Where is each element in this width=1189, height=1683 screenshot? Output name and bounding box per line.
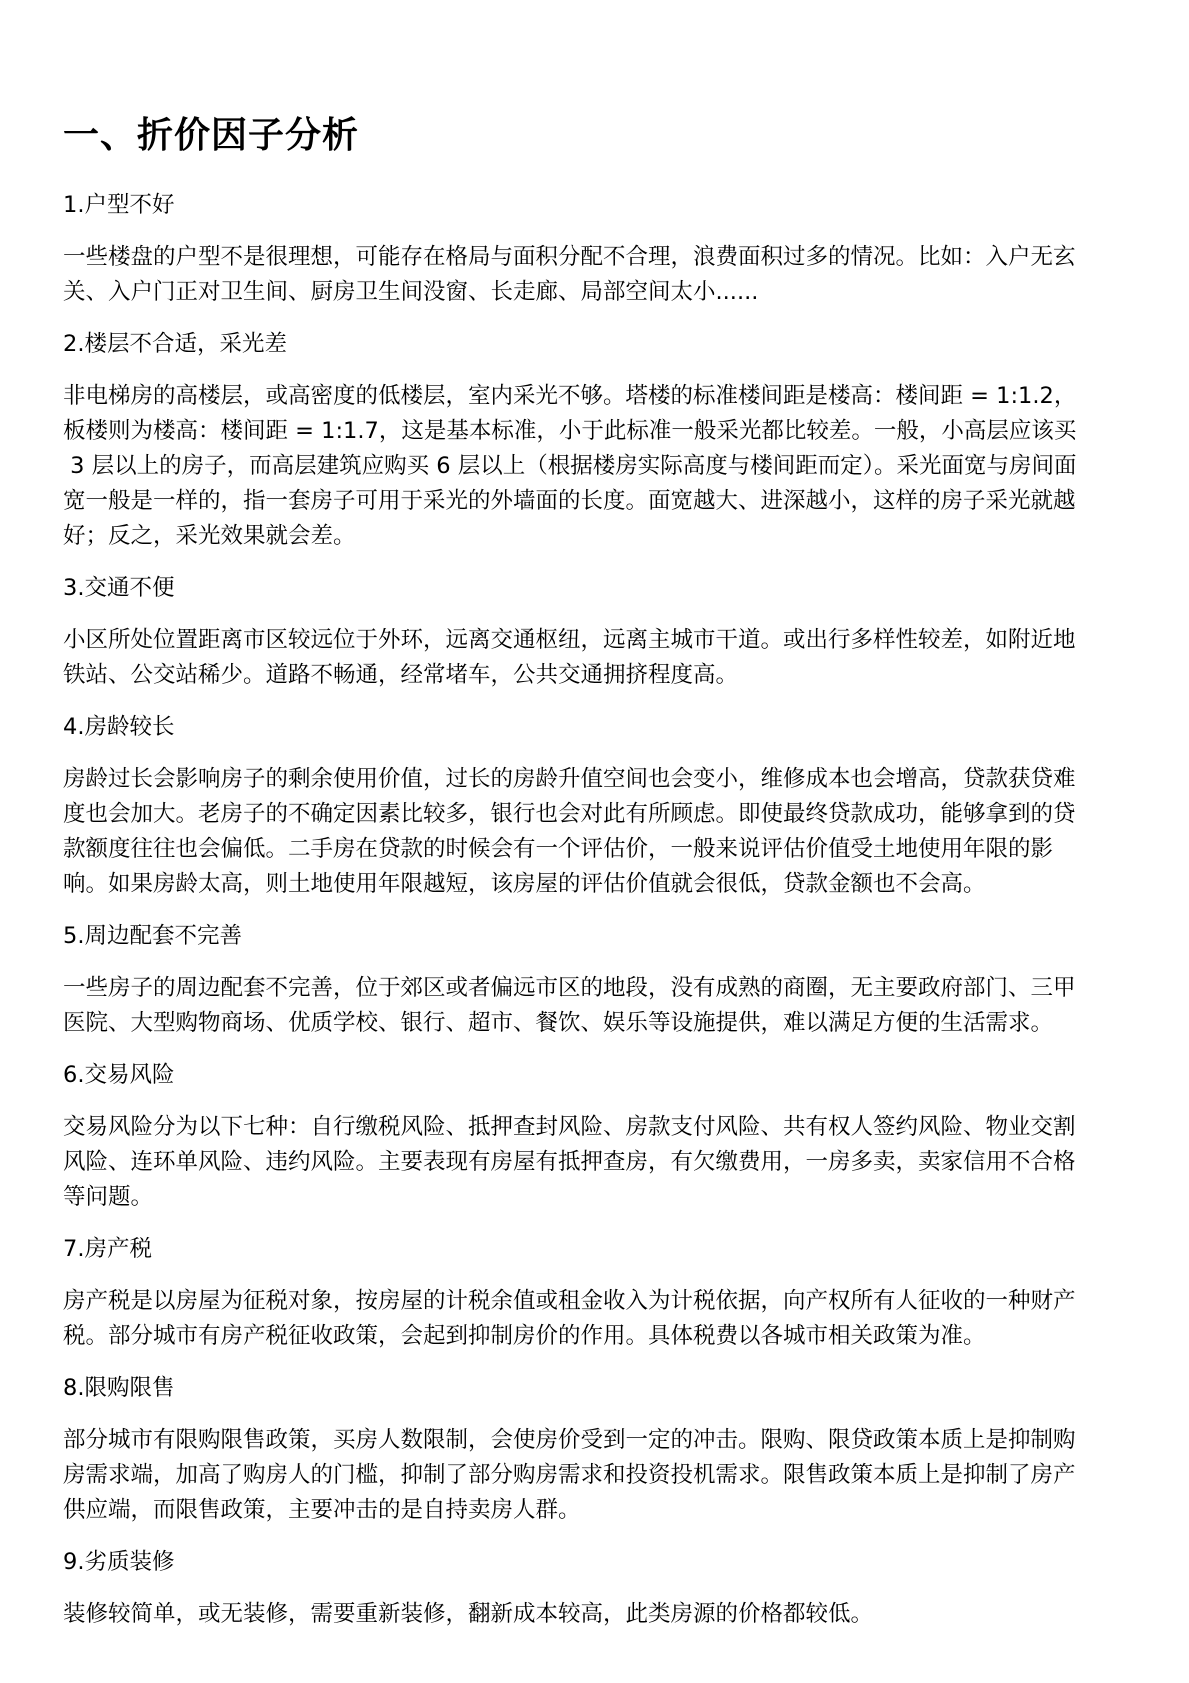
section-heading: 6.交易风险 <box>63 1058 1126 1093</box>
section-body: 非电梯房的高楼层，或高密度的低楼层，室内采光不够。塔楼的标准楼间距是楼高：楼间距… <box>63 379 1126 554</box>
section-heading: 9.劣质装修 <box>63 1545 1126 1580</box>
section-body: 房龄过长会影响房子的剩余使用价值，过长的房龄升值空间也会变小，维修成本也会增高，… <box>63 762 1126 902</box>
section-body: 房产税是以房屋为征税对象，按房屋的计税余值或租金收入为计税依据，向产权所有人征收… <box>63 1284 1126 1354</box>
section-heading: 8.限购限售 <box>63 1371 1126 1406</box>
section-poor-renovation: 9.劣质装修 装修较简单，或无装修，需要重新装修，翻新成本较高，此类房源的价格都… <box>63 1545 1126 1632</box>
section-purchase-sale-limits: 8.限购限售 部分城市有限购限售政策，买房人数限制，会使房价受到一定的冲击。限购… <box>63 1371 1126 1528</box>
section-household-layout: 1.户型不好 一些楼盘的户型不是很理想，可能存在格局与面积分配不合理，浪费面积过… <box>63 188 1126 310</box>
section-heading: 4.房龄较长 <box>63 710 1126 745</box>
section-body: 装修较简单，或无装修，需要重新装修，翻新成本较高，此类房源的价格都较低。 <box>63 1597 1126 1632</box>
section-transaction-risk: 6.交易风险 交易风险分为以下七种：自行缴税风险、抵押查封风险、房款支付风险、共… <box>63 1058 1126 1215</box>
document-title: 一、折价因子分析 <box>63 112 1126 160</box>
section-body: 一些楼盘的户型不是很理想，可能存在格局与面积分配不合理，浪费面积过多的情况。比如… <box>63 240 1126 310</box>
section-heading: 2.楼层不合适，采光差 <box>63 327 1126 362</box>
section-amenities: 5.周边配套不完善 一些房子的周边配套不完善，位于郊区或者偏远市区的地段，没有成… <box>63 919 1126 1041</box>
section-heading: 1.户型不好 <box>63 188 1126 223</box>
section-floor-lighting: 2.楼层不合适，采光差 非电梯房的高楼层，或高密度的低楼层，室内采光不够。塔楼的… <box>63 327 1126 554</box>
section-building-age: 4.房龄较长 房龄过长会影响房子的剩余使用价值，过长的房龄升值空间也会变小，维修… <box>63 710 1126 902</box>
section-body: 部分城市有限购限售政策，买房人数限制，会使房价受到一定的冲击。限购、限贷政策本质… <box>63 1423 1126 1528</box>
section-heading: 7.房产税 <box>63 1232 1126 1267</box>
section-transport: 3.交通不便 小区所处位置距离市区较远位于外环，远离交通枢纽，远离主城市干道。或… <box>63 571 1126 693</box>
document-page: 一、折价因子分析 1.户型不好 一些楼盘的户型不是很理想，可能存在格局与面积分配… <box>0 0 1189 1683</box>
section-heading: 5.周边配套不完善 <box>63 919 1126 954</box>
section-heading: 3.交通不便 <box>63 571 1126 606</box>
section-property-tax: 7.房产税 房产税是以房屋为征税对象，按房屋的计税余值或租金收入为计税依据，向产… <box>63 1232 1126 1354</box>
section-body: 小区所处位置距离市区较远位于外环，远离交通枢纽，远离主城市干道。或出行多样性较差… <box>63 623 1126 693</box>
section-body: 一些房子的周边配套不完善，位于郊区或者偏远市区的地段，没有成熟的商圈，无主要政府… <box>63 971 1126 1041</box>
section-body: 交易风险分为以下七种：自行缴税风险、抵押查封风险、房款支付风险、共有权人签约风险… <box>63 1110 1126 1215</box>
